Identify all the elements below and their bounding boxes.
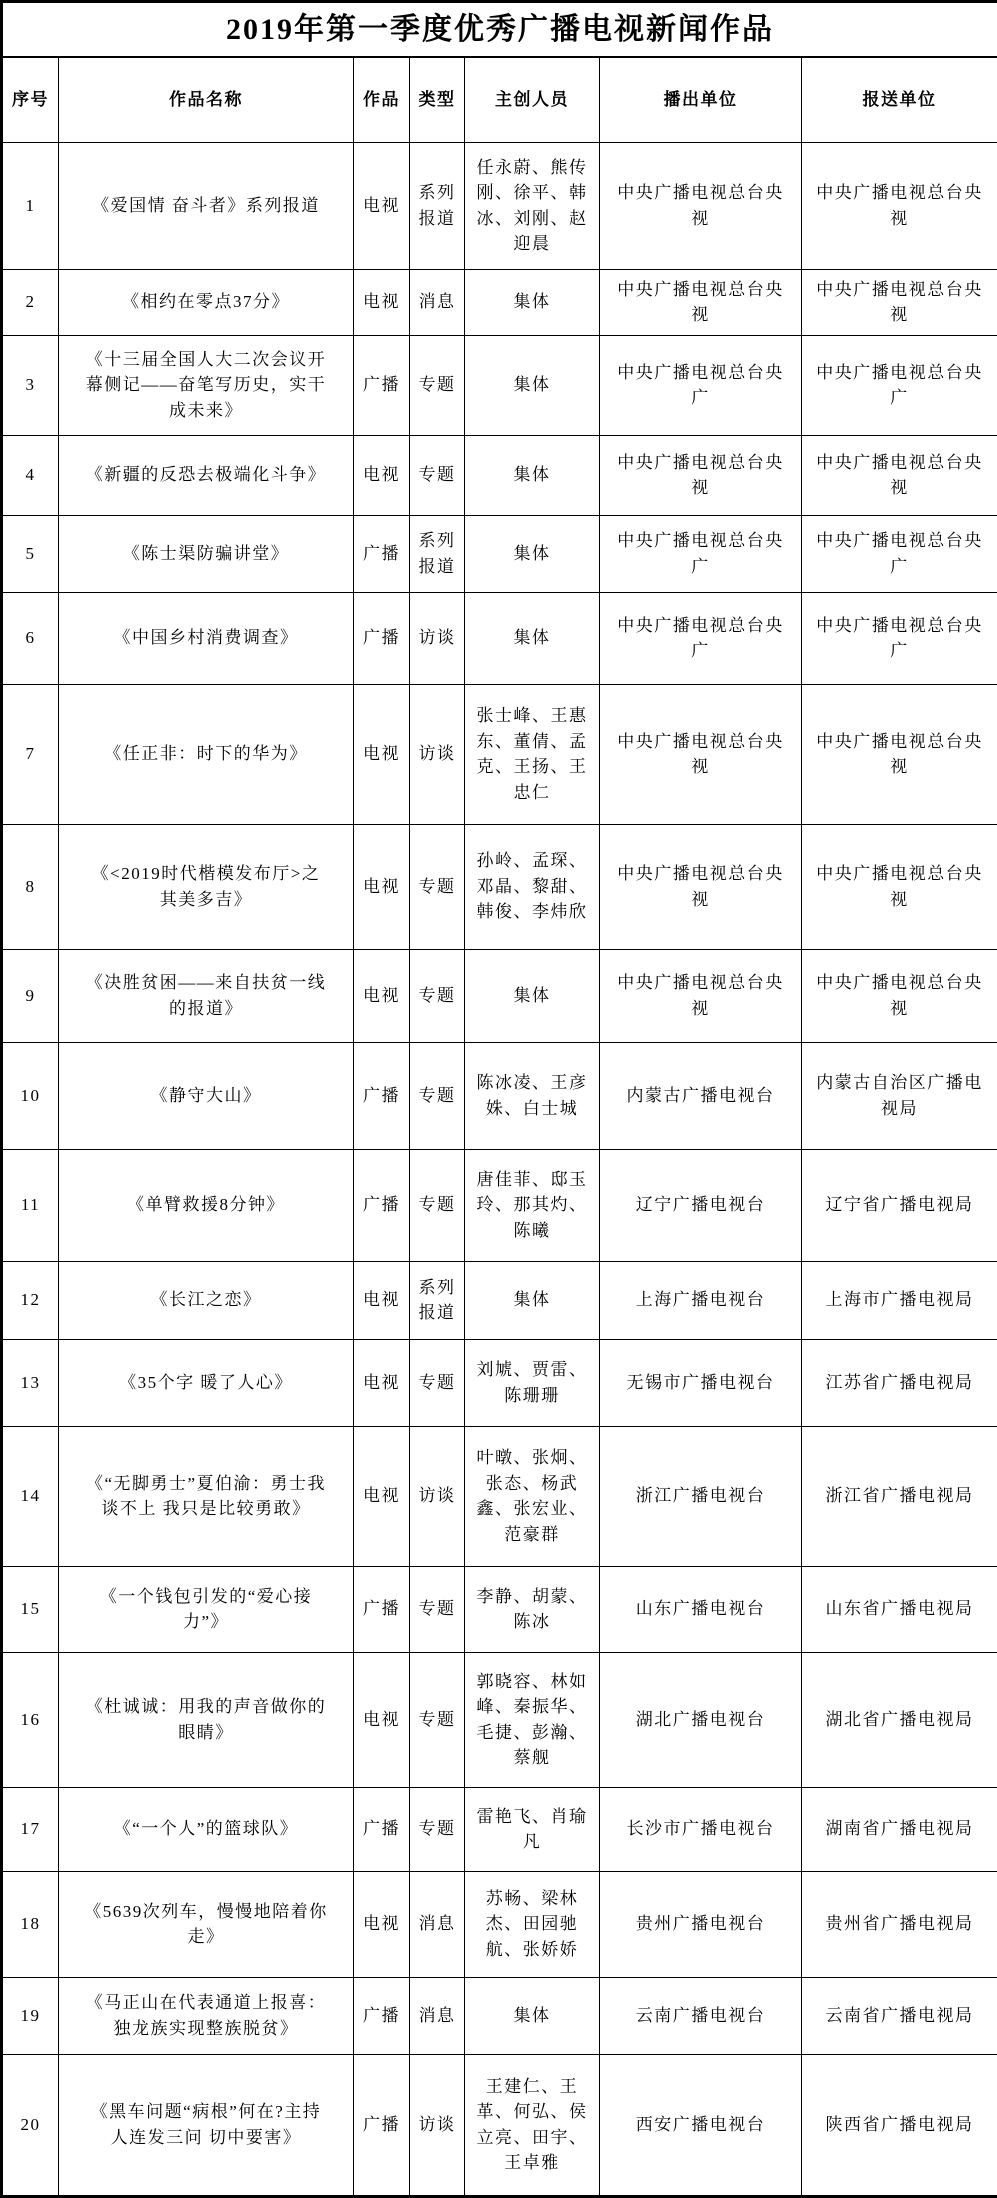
header-submitting-unit: 报送单位	[802, 57, 997, 142]
cell-media-type: 电视	[354, 1339, 410, 1426]
cell-broadcast-unit: 西安广播电视台	[600, 2054, 802, 2196]
cell-creators: 孙岭、孟琛、邓晶、黎甜、韩俊、李炜欣	[465, 824, 600, 949]
header-work-name: 作品名称	[59, 57, 354, 142]
table-row: 9 《决胜贫困——来自扶贫一线的报道》 电视 专题 集体 中央广播电视总台央视 …	[2, 949, 997, 1042]
cell-creators: 集体	[465, 435, 600, 515]
header-broadcast-unit: 播出单位	[600, 57, 802, 142]
cell-serial-number: 7	[2, 684, 59, 824]
cell-submitting-unit: 中央广播电视总台央视	[802, 824, 997, 949]
cell-serial-number: 18	[2, 1871, 59, 1977]
cell-genre-type: 专题	[410, 1339, 465, 1426]
cell-work-name: 《一个钱包引发的“爱心接力”》	[59, 1566, 354, 1652]
cell-creators: 唐佳菲、邸玉玲、那其灼、陈曦	[465, 1149, 600, 1261]
cell-creators: 集体	[465, 335, 600, 435]
cell-submitting-unit: 贵州省广播电视局	[802, 1871, 997, 1977]
cell-media-type: 广播	[354, 1042, 410, 1149]
cell-work-name: 《“无脚勇士”夏伯渝：勇士我谈不上 我只是比较勇敢》	[59, 1426, 354, 1566]
cell-genre-type: 系列报道	[410, 142, 465, 269]
cell-genre-type: 专题	[410, 1042, 465, 1149]
cell-media-type: 广播	[354, 335, 410, 435]
table-row: 16 《杜诚诚：用我的声音做你的眼睛》 电视 专题 郭晓容、林如峰、秦振华、毛捷…	[2, 1652, 997, 1787]
cell-genre-type: 专题	[410, 435, 465, 515]
cell-broadcast-unit: 中央广播电视总台央视	[600, 435, 802, 515]
table-row: 3 《十三届全国人大二次会议开幕侧记——奋笔写历史，实干成未来》 广播 专题 集…	[2, 335, 997, 435]
cell-work-name: 《中国乡村消费调查》	[59, 592, 354, 684]
cell-media-type: 广播	[354, 1149, 410, 1261]
cell-media-type: 广播	[354, 2054, 410, 2196]
cell-creators: 集体	[465, 515, 600, 592]
table-row: 13 《35个字 暖了人心》 电视 专题 刘虓、贾雷、陈珊珊 无锡市广播电视台 …	[2, 1339, 997, 1426]
cell-work-name: 《陈士渠防骗讲堂》	[59, 515, 354, 592]
table-row: 1 《爱国情 奋斗者》系列报道 电视 系列报道 任永蔚、熊传刚、徐平、韩冰、刘刚…	[2, 142, 997, 269]
header-work-type-right: 类型	[410, 57, 465, 142]
cell-genre-type: 专题	[410, 335, 465, 435]
cell-media-type: 电视	[354, 1652, 410, 1787]
table-body: 1 《爱国情 奋斗者》系列报道 电视 系列报道 任永蔚、熊传刚、徐平、韩冰、刘刚…	[2, 142, 997, 2196]
table-row: 6 《中国乡村消费调查》 广播 访谈 集体 中央广播电视总台央广 中央广播电视总…	[2, 592, 997, 684]
cell-work-name: 《长江之恋》	[59, 1261, 354, 1339]
table-row: 17 《“一个人”的篮球队》 广播 专题 雷艳飞、肖瑜凡 长沙市广播电视台 湖南…	[2, 1787, 997, 1871]
cell-work-name: 《马正山在代表通道上报喜：独龙族实现整族脱贫》	[59, 1977, 354, 2054]
table-row: 20 《黑车问题“病根”何在?主持人连发三问 切中要害》 广播 访谈 王建仁、王…	[2, 2054, 997, 2196]
cell-genre-type: 专题	[410, 824, 465, 949]
cell-broadcast-unit: 山东广播电视台	[600, 1566, 802, 1652]
cell-media-type: 电视	[354, 1426, 410, 1566]
cell-creators: 苏畅、梁林杰、田园驰航、张娇娇	[465, 1871, 600, 1977]
cell-serial-number: 16	[2, 1652, 59, 1787]
cell-work-name: 《杜诚诚：用我的声音做你的眼睛》	[59, 1652, 354, 1787]
cell-submitting-unit: 中央广播电视总台央视	[802, 142, 997, 269]
cell-creators: 集体	[465, 592, 600, 684]
cell-broadcast-unit: 长沙市广播电视台	[600, 1787, 802, 1871]
cell-media-type: 广播	[354, 1977, 410, 2054]
cell-genre-type: 系列报道	[410, 515, 465, 592]
cell-genre-type: 专题	[410, 1652, 465, 1787]
cell-serial-number: 1	[2, 142, 59, 269]
cell-work-name: 《黑车问题“病根”何在?主持人连发三问 切中要害》	[59, 2054, 354, 2196]
cell-submitting-unit: 云南省广播电视局	[802, 1977, 997, 2054]
cell-serial-number: 14	[2, 1426, 59, 1566]
cell-serial-number: 10	[2, 1042, 59, 1149]
cell-serial-number: 17	[2, 1787, 59, 1871]
table-row: 4 《新疆的反恐去极端化斗争》 电视 专题 集体 中央广播电视总台央视 中央广播…	[2, 435, 997, 515]
cell-submitting-unit: 上海市广播电视局	[802, 1261, 997, 1339]
cell-media-type: 电视	[354, 684, 410, 824]
cell-submitting-unit: 中央广播电视总台央视	[802, 684, 997, 824]
cell-submitting-unit: 山东省广播电视局	[802, 1566, 997, 1652]
table-row: 11 《单臂救援8分钟》 广播 专题 唐佳菲、邸玉玲、那其灼、陈曦 辽宁广播电视…	[2, 1149, 997, 1261]
cell-broadcast-unit: 云南广播电视台	[600, 1977, 802, 2054]
cell-submitting-unit: 中央广播电视总台央广	[802, 592, 997, 684]
cell-broadcast-unit: 中央广播电视总台央视	[600, 269, 802, 335]
cell-creators: 李静、胡蒙、陈冰	[465, 1566, 600, 1652]
cell-media-type: 广播	[354, 1566, 410, 1652]
cell-serial-number: 6	[2, 592, 59, 684]
cell-serial-number: 4	[2, 435, 59, 515]
cell-serial-number: 2	[2, 269, 59, 335]
cell-work-name: 《任正非：时下的华为》	[59, 684, 354, 824]
cell-genre-type: 访谈	[410, 2054, 465, 2196]
cell-submitting-unit: 辽宁省广播电视局	[802, 1149, 997, 1261]
cell-genre-type: 专题	[410, 949, 465, 1042]
cell-media-type: 电视	[354, 1261, 410, 1339]
cell-media-type: 电视	[354, 435, 410, 515]
document-title: 2019年第一季度优秀广播电视新闻作品	[2, 2, 997, 58]
cell-genre-type: 专题	[410, 1149, 465, 1261]
cell-creators: 集体	[465, 1977, 600, 2054]
cell-broadcast-unit: 贵州广播电视台	[600, 1871, 802, 1977]
header-creators: 主创人员	[465, 57, 600, 142]
cell-work-name: 《“一个人”的篮球队》	[59, 1787, 354, 1871]
cell-serial-number: 15	[2, 1566, 59, 1652]
cell-work-name: 《相约在零点37分》	[59, 269, 354, 335]
cell-genre-type: 专题	[410, 1787, 465, 1871]
cell-broadcast-unit: 湖北广播电视台	[600, 1652, 802, 1787]
cell-creators: 任永蔚、熊传刚、徐平、韩冰、刘刚、赵迎晨	[465, 142, 600, 269]
table-row: 19 《马正山在代表通道上报喜：独龙族实现整族脱贫》 广播 消息 集体 云南广播…	[2, 1977, 997, 2054]
cell-serial-number: 20	[2, 2054, 59, 2196]
cell-creators: 集体	[465, 269, 600, 335]
cell-work-name: 《<2019时代楷模发布厅>之其美多吉》	[59, 824, 354, 949]
cell-work-name: 《单臂救援8分钟》	[59, 1149, 354, 1261]
title-row: 2019年第一季度优秀广播电视新闻作品	[2, 2, 997, 58]
header-work-type-left: 作品	[354, 57, 410, 142]
cell-media-type: 广播	[354, 592, 410, 684]
table-row: 15 《一个钱包引发的“爱心接力”》 广播 专题 李静、胡蒙、陈冰 山东广播电视…	[2, 1566, 997, 1652]
cell-broadcast-unit: 浙江广播电视台	[600, 1426, 802, 1566]
cell-creators: 叶暾、张炯、张态、杨武鑫、张宏业、范豪群	[465, 1426, 600, 1566]
cell-genre-type: 访谈	[410, 684, 465, 824]
cell-creators: 集体	[465, 1261, 600, 1339]
cell-media-type: 广播	[354, 1787, 410, 1871]
table-row: 10 《静守大山》 广播 专题 陈冰凌、王彦姝、白士城 内蒙古广播电视台 内蒙古…	[2, 1042, 997, 1149]
cell-genre-type: 系列报道	[410, 1261, 465, 1339]
cell-genre-type: 访谈	[410, 592, 465, 684]
header-serial-number: 序号	[2, 57, 59, 142]
cell-creators: 王建仁、王革、何弘、侯立亮、田宇、王卓雅	[465, 2054, 600, 2196]
cell-work-name: 《35个字 暖了人心》	[59, 1339, 354, 1426]
cell-media-type: 广播	[354, 515, 410, 592]
cell-media-type: 电视	[354, 269, 410, 335]
header-row: 序号 作品名称 作品 类型 主创人员 播出单位 报送单位	[2, 57, 997, 142]
table-row: 18 《5639次列车，慢慢地陪着你走》 电视 消息 苏畅、梁林杰、田园驰航、张…	[2, 1871, 997, 1977]
cell-genre-type: 消息	[410, 1977, 465, 2054]
cell-broadcast-unit: 中央广播电视总台央视	[600, 824, 802, 949]
cell-creators: 陈冰凌、王彦姝、白士城	[465, 1042, 600, 1149]
cell-creators: 张士峰、王惠东、董倩、孟克、王扬、王忠仁	[465, 684, 600, 824]
cell-broadcast-unit: 中央广播电视总台央视	[600, 142, 802, 269]
cell-submitting-unit: 中央广播电视总台央广	[802, 335, 997, 435]
cell-genre-type: 专题	[410, 1566, 465, 1652]
table-row: 7 《任正非：时下的华为》 电视 访谈 张士峰、王惠东、董倩、孟克、王扬、王忠仁…	[2, 684, 997, 824]
cell-work-name: 《静守大山》	[59, 1042, 354, 1149]
cell-serial-number: 8	[2, 824, 59, 949]
table-row: 2 《相约在零点37分》 电视 消息 集体 中央广播电视总台央视 中央广播电视总…	[2, 269, 997, 335]
cell-broadcast-unit: 无锡市广播电视台	[600, 1339, 802, 1426]
cell-broadcast-unit: 内蒙古广播电视台	[600, 1042, 802, 1149]
cell-submitting-unit: 中央广播电视总台央视	[802, 435, 997, 515]
cell-work-name: 《5639次列车，慢慢地陪着你走》	[59, 1871, 354, 1977]
cell-submitting-unit: 中央广播电视总台央视	[802, 949, 997, 1042]
cell-work-name: 《十三届全国人大二次会议开幕侧记——奋笔写历史，实干成未来》	[59, 335, 354, 435]
cell-broadcast-unit: 中央广播电视总台央广	[600, 335, 802, 435]
cell-creators: 集体	[465, 949, 600, 1042]
table-row: 14 《“无脚勇士”夏伯渝：勇士我谈不上 我只是比较勇敢》 电视 访谈 叶暾、张…	[2, 1426, 997, 1566]
table-row: 5 《陈士渠防骗讲堂》 广播 系列报道 集体 中央广播电视总台央广 中央广播电视…	[2, 515, 997, 592]
cell-submitting-unit: 陕西省广播电视局	[802, 2054, 997, 2196]
cell-submitting-unit: 湖北省广播电视局	[802, 1652, 997, 1787]
cell-creators: 刘虓、贾雷、陈珊珊	[465, 1339, 600, 1426]
cell-genre-type: 消息	[410, 1871, 465, 1977]
cell-media-type: 电视	[354, 824, 410, 949]
cell-broadcast-unit: 辽宁广播电视台	[600, 1149, 802, 1261]
cell-work-name: 《决胜贫困——来自扶贫一线的报道》	[59, 949, 354, 1042]
table-row: 8 《<2019时代楷模发布厅>之其美多吉》 电视 专题 孙岭、孟琛、邓晶、黎甜…	[2, 824, 997, 949]
cell-serial-number: 9	[2, 949, 59, 1042]
cell-serial-number: 19	[2, 1977, 59, 2054]
cell-submitting-unit: 江苏省广播电视局	[802, 1339, 997, 1426]
cell-creators: 郭晓容、林如峰、秦振华、毛捷、彭瀚、蔡舰	[465, 1652, 600, 1787]
cell-submitting-unit: 浙江省广播电视局	[802, 1426, 997, 1566]
cell-broadcast-unit: 中央广播电视总台央广	[600, 592, 802, 684]
cell-broadcast-unit: 中央广播电视总台央视	[600, 684, 802, 824]
cell-media-type: 电视	[354, 1871, 410, 1977]
cell-media-type: 电视	[354, 142, 410, 269]
cell-serial-number: 3	[2, 335, 59, 435]
cell-submitting-unit: 内蒙古自治区广播电视局	[802, 1042, 997, 1149]
cell-serial-number: 5	[2, 515, 59, 592]
cell-broadcast-unit: 中央广播电视总台央视	[600, 949, 802, 1042]
cell-genre-type: 消息	[410, 269, 465, 335]
cell-serial-number: 13	[2, 1339, 59, 1426]
cell-submitting-unit: 中央广播电视总台央视	[802, 269, 997, 335]
cell-media-type: 电视	[354, 949, 410, 1042]
cell-submitting-unit: 湖南省广播电视局	[802, 1787, 997, 1871]
cell-broadcast-unit: 中央广播电视总台央广	[600, 515, 802, 592]
awards-table: 2019年第一季度优秀广播电视新闻作品 序号 作品名称 作品 类型 主创人员 播…	[0, 0, 997, 2198]
cell-serial-number: 11	[2, 1149, 59, 1261]
cell-genre-type: 访谈	[410, 1426, 465, 1566]
cell-creators: 雷艳飞、肖瑜凡	[465, 1787, 600, 1871]
cell-work-name: 《爱国情 奋斗者》系列报道	[59, 142, 354, 269]
cell-work-name: 《新疆的反恐去极端化斗争》	[59, 435, 354, 515]
table-row: 12 《长江之恋》 电视 系列报道 集体 上海广播电视台 上海市广播电视局	[2, 1261, 997, 1339]
cell-submitting-unit: 中央广播电视总台央广	[802, 515, 997, 592]
table-head: 2019年第一季度优秀广播电视新闻作品 序号 作品名称 作品 类型 主创人员 播…	[2, 2, 997, 143]
cell-broadcast-unit: 上海广播电视台	[600, 1261, 802, 1339]
cell-serial-number: 12	[2, 1261, 59, 1339]
